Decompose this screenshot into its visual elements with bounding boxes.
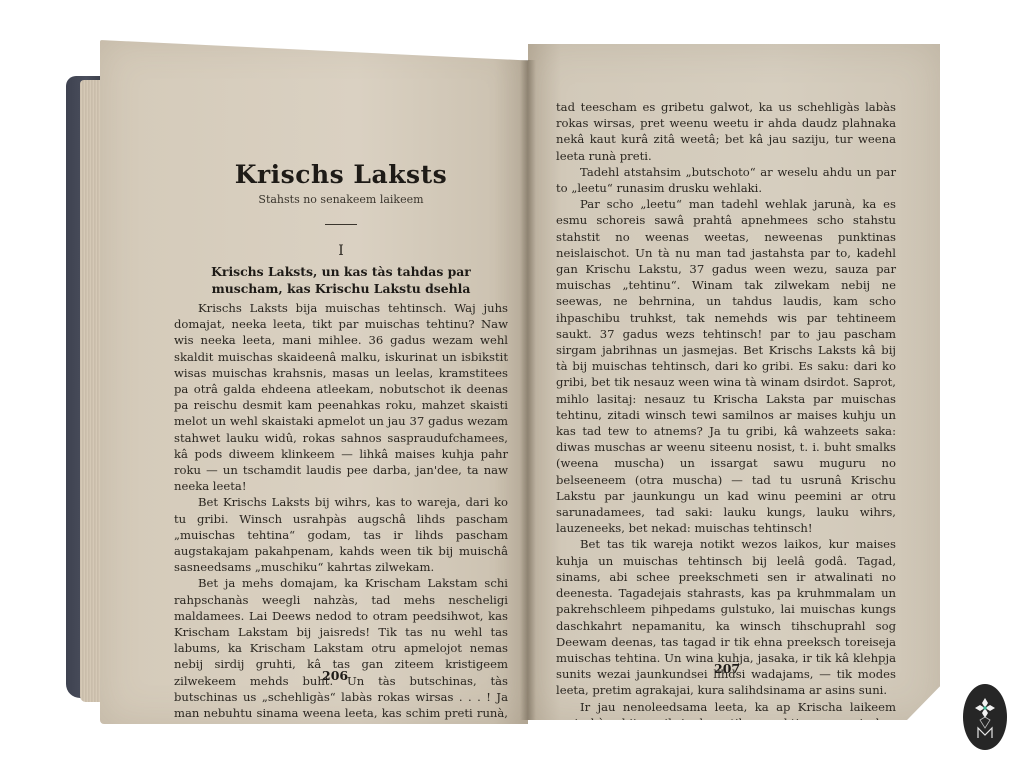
chapter-heading: Krischs Laksts, un kas tàs tahdas par mu… bbox=[174, 263, 508, 297]
left-page-text: Krischs Laksts Stahsts no senakeem laike… bbox=[174, 160, 508, 737]
story-subtitle: Stahsts no senakeem laikeem bbox=[174, 193, 508, 206]
book-gutter bbox=[520, 60, 536, 720]
chapter-number: I bbox=[174, 243, 508, 259]
paragraph: Tadehl atstahsim „butschoto“ ar weselu a… bbox=[556, 164, 896, 196]
left-page: Krischs Laksts Stahsts no senakeem laike… bbox=[100, 40, 528, 724]
paragraph: tad teescham es gribetu galwot, ka us sc… bbox=[556, 99, 896, 164]
paragraph: Krischs Laksts bija muischas tehtinsch. … bbox=[174, 300, 508, 494]
page-number-right: 207 bbox=[714, 661, 740, 676]
title-divider bbox=[325, 224, 357, 225]
paragraph: Bet Krischs Laksts bij wihrs, kas to war… bbox=[174, 494, 508, 575]
paragraph: Bet ja mehs domajam, ka Krischam Lakstam… bbox=[174, 575, 508, 737]
watermark-logo bbox=[963, 684, 1007, 750]
paragraph: Par scho „leetu“ man tadehl wehlak jarun… bbox=[556, 196, 896, 536]
page-number-left: 206 bbox=[322, 668, 348, 683]
diamond-flower-monogram-icon bbox=[963, 684, 1007, 750]
story-title: Krischs Laksts bbox=[174, 160, 508, 189]
paragraph: Ir jau nenoleedsama leeta, ka ap Krischa… bbox=[556, 699, 896, 764]
right-page: tad teescham es gribetu galwot, ka us sc… bbox=[528, 44, 940, 720]
